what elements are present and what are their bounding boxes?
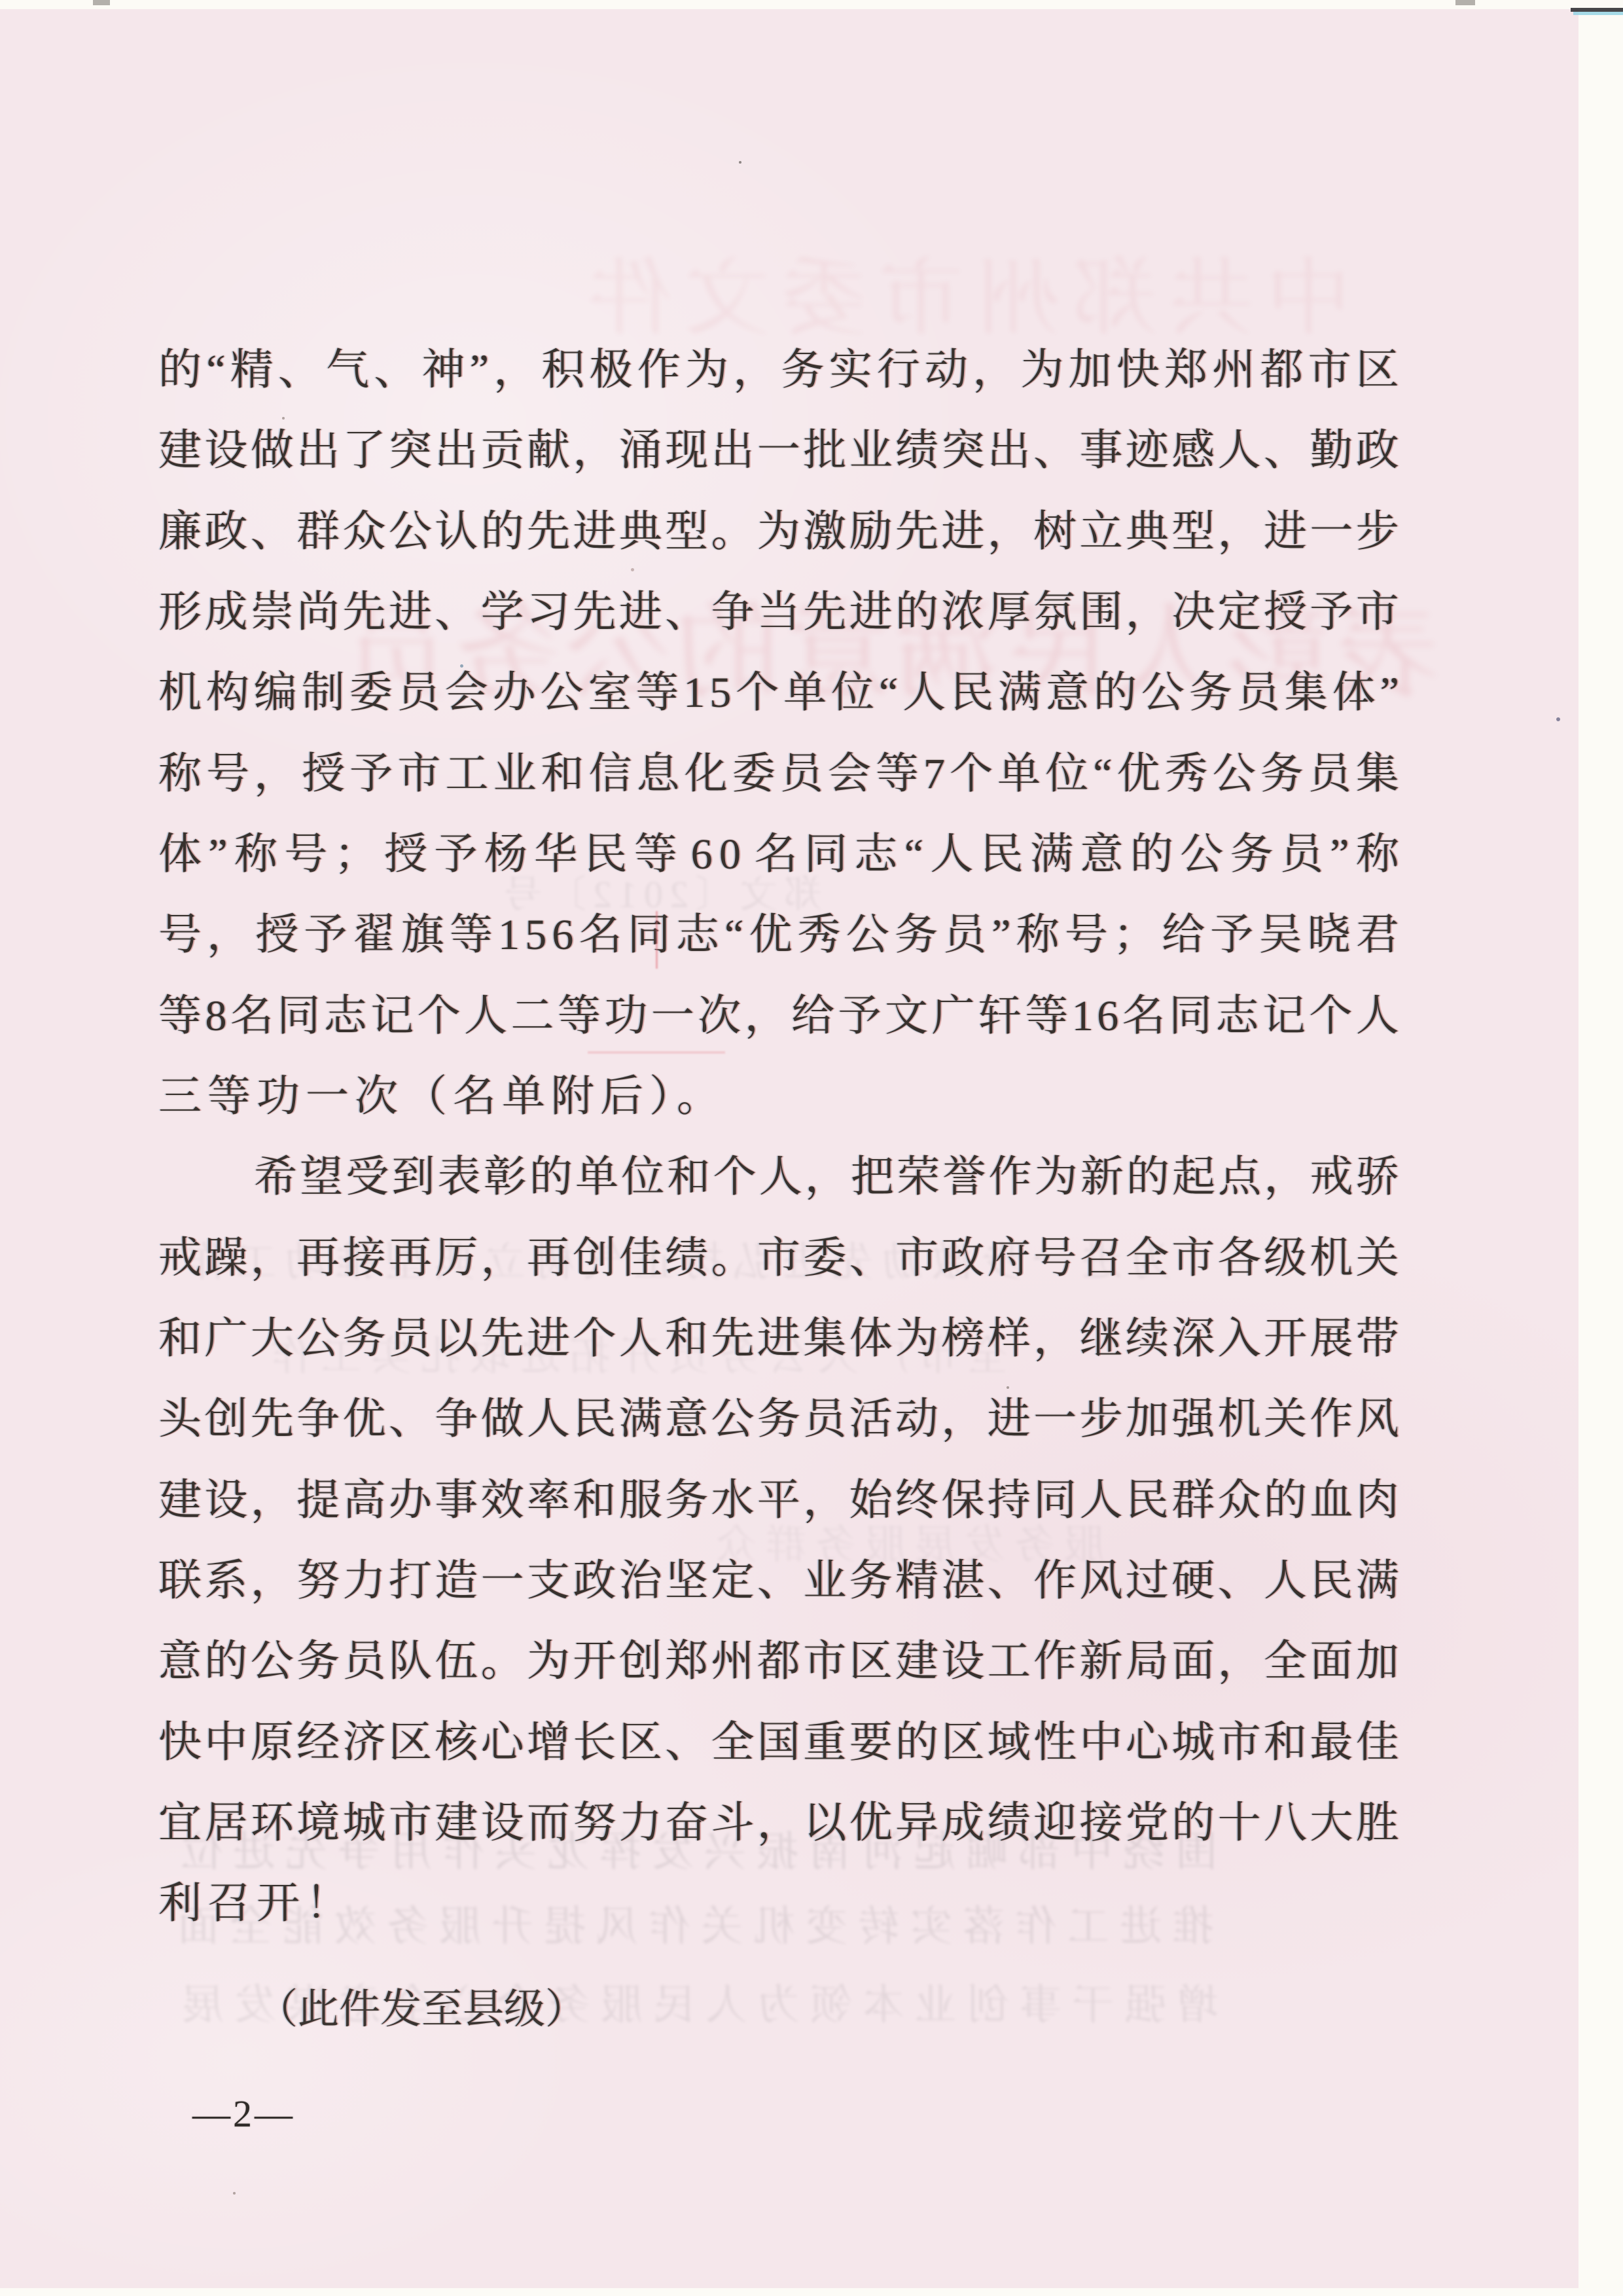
page-number: —2—: [192, 2092, 295, 2136]
dust-speck: [460, 664, 463, 668]
body-line: 宜居环境城市建设而努力奋斗，以优异成绩迎接党的十八大胜: [158, 1798, 1399, 1861]
scan-artifact-red-streak: [656, 911, 658, 969]
body-line: 等8名同志记个人二等功一次，给予文广轩等16名同志记个人: [158, 991, 1399, 1054]
scan-artifact-red-streak: [588, 1051, 725, 1054]
dust-speck: [233, 2192, 236, 2195]
body-line: 快中原经济区核心增长区、全国重要的区域性中心城市和最佳: [158, 1717, 1399, 1780]
body-line: 头创先争优、争做人民满意公务员活动，进一步加强机关作风: [158, 1394, 1399, 1457]
scanner-edge-bottom: [0, 2288, 1623, 2296]
body-line: 廉政、群众公认的先进典型。为激励先进，树立典型，进一步: [158, 507, 1399, 569]
scan-artifact-nick: [1455, 0, 1475, 5]
dust-speck: [631, 568, 634, 571]
dust-speck: [1007, 1386, 1009, 1389]
body-line: 三等功一次（名单附后）。: [158, 1071, 1399, 1134]
body-line: 和广大公务员以先进个人和先进集体为榜样，继续深入开展带: [158, 1314, 1399, 1376]
scanner-edge-right: [1578, 0, 1623, 2296]
body-line: 号，授予翟旗等156名同志“优秀公务员”称号；给予吴晓君: [158, 910, 1399, 973]
body-line: 建设做出了突出贡献，涌现出一批业绩突出、事迹感人、勤政: [158, 425, 1399, 488]
scanned-document-page: 中共郑州市委文件 表彰人民满意的公务员 郑文〔2012〕号 为进一步激励先进弘扬…: [0, 0, 1623, 2296]
body-line: 意的公务员队伍。为开创郑州都市区建设工作新局面，全面加: [158, 1636, 1399, 1699]
body-line: 建设，提高办事效率和服务水平，始终保持同人民群众的血肉: [158, 1475, 1399, 1538]
dust-speck: [282, 417, 285, 420]
body-line: 联系，努力打造一支政治坚定、业务精湛、作风过硬、人民满: [158, 1556, 1399, 1619]
scan-artifact-nick: [93, 0, 110, 5]
body-line: 利召开！: [158, 1878, 1399, 1941]
body-line: 的“精、气、神”，积极作为，务实行动，为加快郑州都市区: [158, 345, 1399, 408]
body-line: 形成崇尚先进、学习先进、争当先进的浓厚氛围，决定授予市: [158, 587, 1399, 650]
distribution-note: （此件发至县级）: [257, 1987, 586, 2032]
scan-artifact-cyan-line: [1573, 12, 1623, 15]
body-line: 机构编制委员会办公室等15个单位“人民满意的公务员集体”: [158, 668, 1399, 730]
scanner-edge-top: [0, 0, 1623, 9]
body-line: 戒躁，再接再厉，再创佳绩。市委、市政府号召全市各级机关: [158, 1233, 1399, 1296]
body-line: 称号，授予市工业和信息化委员会等7个单位“优秀公务员集: [158, 749, 1399, 812]
body-line: 体”称号；授予杨华民等 60 名同志“人民满意的公务员”称: [158, 829, 1399, 892]
dust-speck: [739, 161, 741, 164]
body-line: 希望受到表彰的单位和个人，把荣誉作为新的起点，戒骄: [158, 1152, 1399, 1215]
dust-speck: [1556, 717, 1560, 721]
